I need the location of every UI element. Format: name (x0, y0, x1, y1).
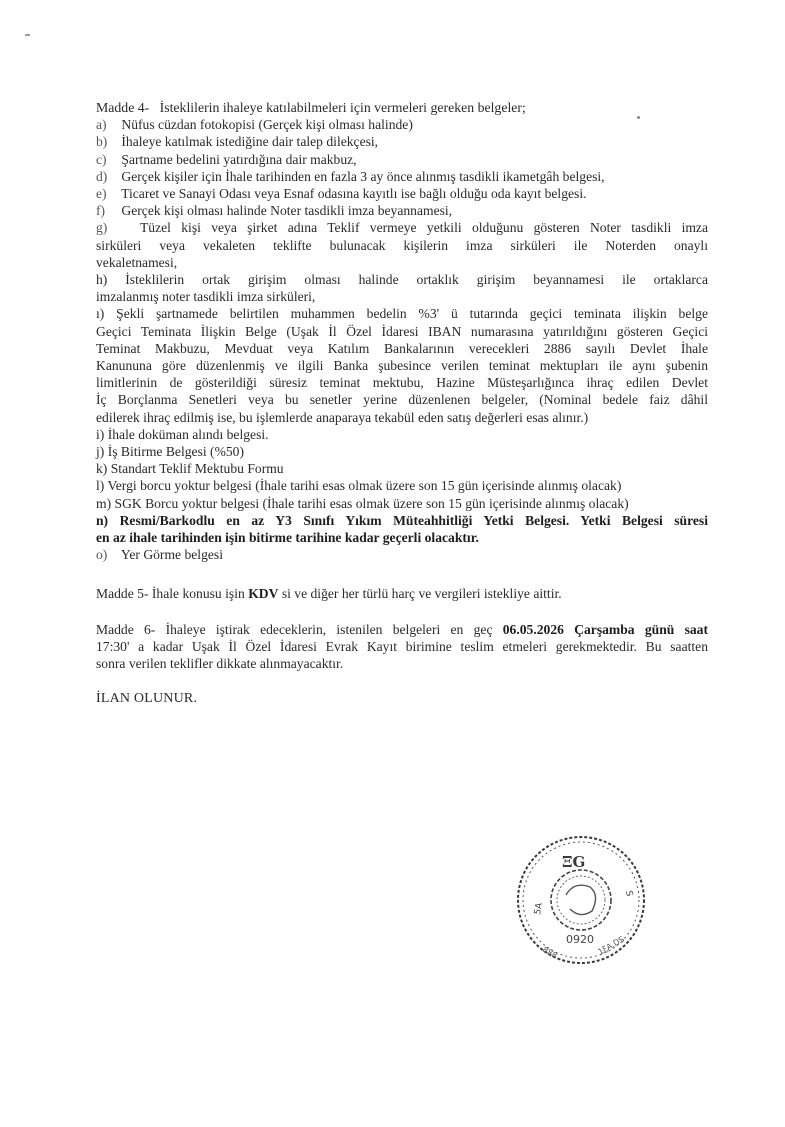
list-item: b) İhaleye katılmak istediğine dair tale… (96, 133, 708, 150)
scan-speck (25, 34, 30, 36)
svg-text:0920: 0920 (566, 933, 594, 946)
list-item-o: o) Yer Görme belgesi (96, 546, 708, 563)
deadline-date: 06.05.2026 Çarşamba günü saat (503, 622, 708, 637)
kdv-term: KDV (248, 586, 278, 601)
article-4-heading: Madde 4- İsteklilerin ihaleye katılabilm… (96, 99, 708, 116)
article-4-intro: İsteklilerin ihaleye katılabilmeleri içi… (160, 100, 526, 115)
list-item: c) Şartname bedelini yatırdığına dair ma… (96, 151, 708, 168)
svg-text:S: S (623, 890, 634, 898)
svg-text:ΞG: ΞG (562, 853, 585, 871)
article-4-label: Madde 4- (96, 100, 149, 115)
list-item: j) İş Bitirme Belgesi (%50) (96, 443, 708, 460)
list-item-i-guarantee: ı) Şekli şartnamede belirtilen muhammen … (96, 305, 708, 425)
article-4-list-i-m: i) İhale doküman alındı belgesi. j) İş B… (96, 426, 708, 512)
article-6: Madde 6- İhaleye iştirak edeceklerin, is… (96, 621, 708, 673)
list-item: e) Ticaret ve Sanayi Odası veya Esnaf od… (96, 185, 708, 202)
list-item: i) İhale doküman alındı belgesi. (96, 426, 708, 443)
article-5-label: Madde 5- (96, 586, 148, 601)
list-item: m) SGK Borcu yoktur belgesi (İhale tarih… (96, 495, 708, 512)
list-item: l) Vergi borcu yoktur belgesi (İhale tar… (96, 477, 708, 494)
svg-text:888: 888 (541, 945, 559, 960)
list-item-n-license: n) Resmi/Barkodlu en az Y3 Sınıfı Yıkım … (96, 512, 708, 546)
official-seal-icon: ΞG 5A S 0920 888 1ξA.DS (514, 833, 648, 967)
list-item: f) Gerçek kişi olması halinde Noter tasd… (96, 202, 708, 219)
document-body: Madde 4- İsteklilerin ihaleye katılabilm… (96, 99, 708, 708)
list-item: d) Gerçek kişiler için İhale tarihinden … (96, 168, 708, 185)
list-item-h: h) İsteklilerin ortak girişim olması hal… (96, 271, 708, 305)
svg-text:1ξA.DS: 1ξA.DS (597, 935, 626, 957)
article-4-list-a-f: a) Nüfus cüzdan fotokopisi (Gerçek kişi … (96, 116, 708, 219)
article-5: Madde 5- İhale konusu işin KDV si ve diğ… (96, 585, 708, 602)
list-item: k) Standart Teklif Mektubu Formu (96, 460, 708, 477)
announcement: İLAN OLUNUR. (96, 690, 708, 707)
list-item-g: g)Tüzel kişi veya şirket adına Teklif ve… (96, 219, 708, 271)
svg-text:5A: 5A (533, 901, 545, 915)
list-item: a) Nüfus cüzdan fotokopisi (Gerçek kişi … (96, 116, 708, 133)
article-6-label: Madde 6- (96, 622, 155, 637)
